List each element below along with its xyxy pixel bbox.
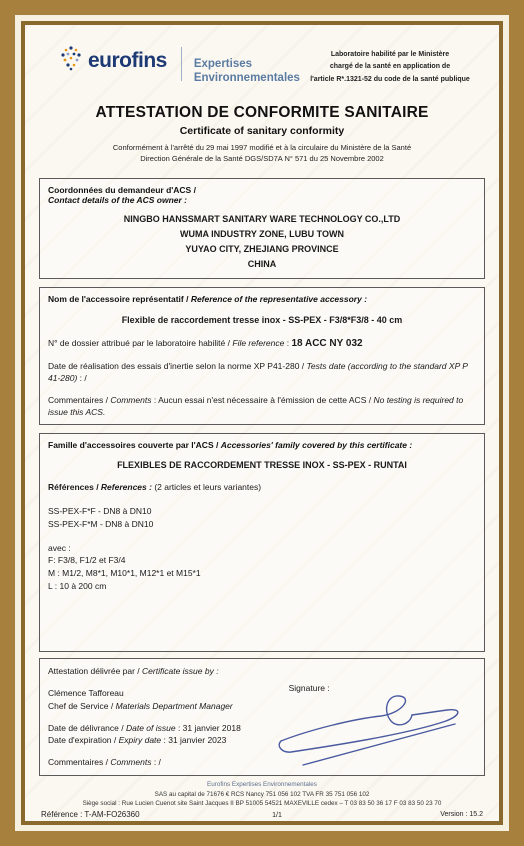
accessory-label-en: Reference of the representative accessor…: [191, 294, 367, 304]
owner-label-fr: Coordonnées du demandeur d'ACS /: [48, 185, 476, 195]
acs-owner-box: Coordonnées du demandeur d'ACS / Contact…: [39, 178, 485, 278]
file-reference-value: 18 ACC NY 032: [291, 338, 362, 349]
issued-by-label-fr: Attestation délivrée par /: [48, 666, 142, 676]
owner-company-name: NINGBO HANSSMART SANITARY WARE TECHNOLOG…: [48, 212, 476, 227]
certificate-issue-box: Attestation délivrée par / Certificate i…: [39, 658, 485, 776]
version-number: Version : 15.2: [353, 810, 483, 820]
accessory-name: Flexible de raccordement tresse inox - S…: [48, 315, 476, 325]
accessories-family-box: Famille d'accessoires couverte par l'ACS…: [39, 433, 485, 652]
cert-comments-label-fr: Commentaires /: [48, 757, 110, 767]
representative-accessory-box: Nom de l'accessoire représentatif / Refe…: [39, 287, 485, 426]
frame-cream-band: eurofins Expertises Environnementales La…: [15, 15, 509, 831]
handwritten-signature: [275, 689, 470, 767]
certificate-gold-frame: eurofins Expertises Environnementales La…: [0, 0, 524, 846]
family-label: Famille d'accessoires couverte par l'ACS…: [48, 440, 476, 450]
accessory-comments-label-en: Comments: [110, 395, 151, 405]
logo-subtitle-line1: Expertises: [194, 57, 300, 71]
certificate-title: ATTESTATION DE CONFORMITE SANITAIRE: [39, 104, 485, 122]
eurofins-logo: eurofins Expertises Environnementales: [59, 45, 300, 86]
eurofins-swirl-icon: [59, 45, 83, 76]
owner-address: NINGBO HANSSMART SANITARY WARE TECHNOLOG…: [48, 212, 476, 271]
date-of-issue-label-fr: Date de délivrance /: [48, 723, 126, 733]
variants-with-label: avec :: [48, 542, 476, 555]
cert-comments-label-en: Comments: [110, 757, 151, 767]
footer-meta-row: Référence : T-AM-FO26360 1/1 Version : 1…: [39, 810, 485, 821]
page-number: 1/1: [201, 810, 353, 819]
date-of-issue-label-en: Date of issue: [126, 723, 176, 733]
date-of-issue-value: : 31 janvier 2018: [176, 723, 241, 733]
file-reference-label-fr: N° de dossier attribué par le laboratoir…: [48, 338, 232, 348]
family-label-fr: Famille d'accessoires couverte par l'ACS…: [48, 440, 221, 450]
regulatory-reference-line2: Direction Générale de la Santé DGS/SD7A …: [39, 153, 485, 164]
brand-name: eurofins: [88, 49, 167, 73]
accessory-comments-value-fr: : Aucun essai n'est nécessaire à l'émiss…: [151, 395, 373, 405]
footer-capital-line: SAS au capital de 71676 € RCS Nancy 751 …: [39, 790, 485, 799]
article-reference: SS-PEX-F*M - DN8 à DN10: [48, 518, 476, 531]
accessory-comments-line: Commentaires / Comments : Aucun essai n'…: [48, 394, 476, 419]
references-note: (2 articles et leurs variantes): [152, 482, 261, 492]
footer-company-block: Eurofins Expertises Environnementales SA…: [39, 780, 485, 808]
expiry-date-label-fr: Date d'expiration /: [48, 735, 119, 745]
header: eurofins Expertises Environnementales La…: [39, 25, 485, 86]
article-reference: SS-PEX-F*F - DN8 à DN10: [48, 505, 476, 518]
accessory-label: Nom de l'accessoire représentatif / Refe…: [48, 294, 476, 304]
family-name: FLEXIBLES DE RACCORDEMENT TRESSE INOX - …: [48, 460, 476, 470]
variant-line: F: F3/8, F1/2 et F3/4: [48, 554, 476, 567]
tests-date-label-fr: Date de réalisation des essais d'inertie…: [48, 361, 307, 371]
document-reference: Référence : T-AM-FO26360: [41, 810, 201, 819]
references-label-fr: Références /: [48, 482, 101, 492]
lab-accreditation-notice: Laboratoire habilité par le Ministère ch…: [301, 45, 479, 86]
certificate-subtitle: Certificate of sanitary conformity: [39, 125, 485, 137]
tests-date-value: : /: [77, 373, 86, 383]
certificate-page: eurofins Expertises Environnementales La…: [25, 25, 499, 821]
lab-notice-line2: chargé de la santé en application de: [301, 61, 479, 73]
issuer-title-en: Materials Department Manager: [116, 701, 233, 711]
publication-date: Date publication :19.11.2015: [353, 820, 483, 821]
logo-subtitle: Expertises Environnementales: [194, 45, 300, 86]
file-reference-label-en: File reference: [232, 338, 284, 348]
expiry-date-label-en: Expiry date: [119, 735, 162, 745]
references-line: Références / References : (2 articles et…: [48, 481, 476, 494]
owner-address-line3: CHINA: [48, 257, 476, 272]
footer-company-name: Eurofins Expertises Environnementales: [39, 780, 485, 789]
footer-address-line: Siège social : Rue Lucien Cuenot site Sa…: [39, 799, 485, 808]
logo-subtitle-line2: Environnementales: [194, 71, 300, 85]
owner-address-line2: YUYAO CITY, ZHEJIANG PROVINCE: [48, 242, 476, 257]
logo-divider: [181, 47, 182, 81]
expiry-date-value: : 31 janvier 2023: [161, 735, 226, 745]
tests-date-line: Date de réalisation des essais d'inertie…: [48, 360, 476, 385]
title-block: ATTESTATION DE CONFORMITE SANITAIRE Cert…: [39, 104, 485, 165]
accessory-label-fr: Nom de l'accessoire représentatif /: [48, 294, 191, 304]
version-block: Version : 15.2 Date publication :19.11.2…: [353, 810, 483, 821]
variant-line: L : 10 à 200 cm: [48, 580, 476, 593]
family-label-en: Accessories' family covered by this cert…: [221, 440, 412, 450]
issuer-title-fr: Chef de Service /: [48, 701, 116, 711]
accessory-comments-label-fr: Commentaires /: [48, 395, 110, 405]
owner-label-en: Contact details of the ACS owner :: [48, 195, 476, 205]
references-label-en: References :: [101, 482, 152, 492]
variant-line: M : M1/2, M8*1, M10*1, M12*1 et M15*1: [48, 567, 476, 580]
regulatory-reference: Conformément à l'arrêté du 29 mai 1997 m…: [39, 142, 485, 165]
lab-notice-line3: l'article R*.1321-52 du code de la santé…: [301, 74, 479, 86]
owner-address-line1: WUMA INDUSTRY ZONE, LUBU TOWN: [48, 227, 476, 242]
issued-by-label-en: Certificate issue by :: [142, 666, 219, 676]
lab-notice-line1: Laboratoire habilité par le Ministère: [301, 49, 479, 61]
frame-dark-gold-band: eurofins Expertises Environnementales La…: [21, 21, 503, 825]
issued-by-label: Attestation délivrée par / Certificate i…: [48, 665, 476, 678]
cert-comments-value: : /: [151, 757, 160, 767]
regulatory-reference-line1: Conformément à l'arrêté du 29 mai 1997 m…: [39, 142, 485, 153]
file-reference-line: N° de dossier attribué par le laboratoir…: [48, 337, 476, 352]
